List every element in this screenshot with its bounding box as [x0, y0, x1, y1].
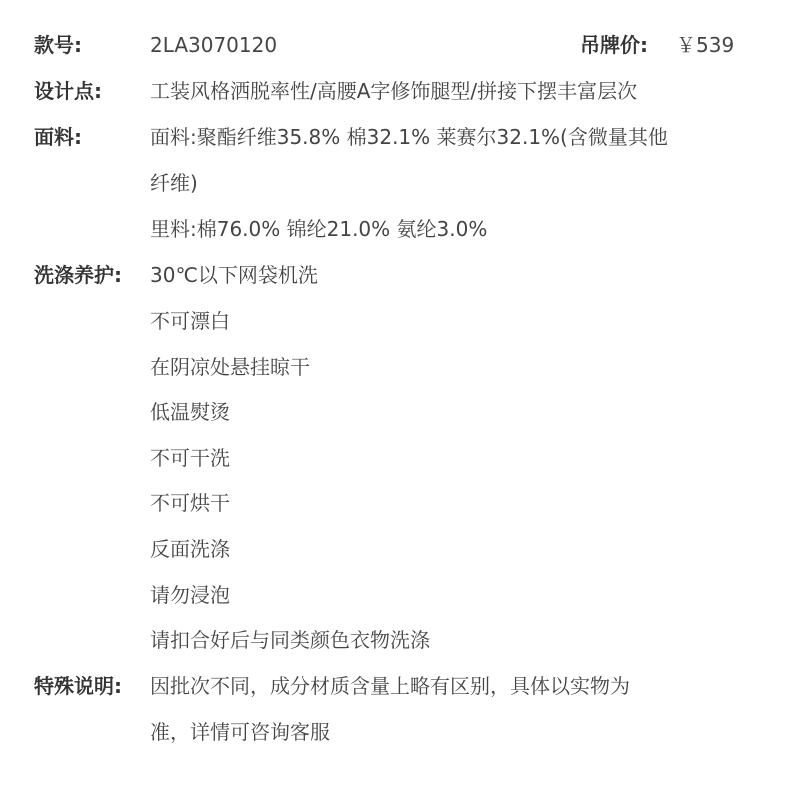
fabric-line: 面料:聚酯纤维35.8% 棉32.1% 莱赛尔32.1%(含微量其他 [150, 114, 668, 160]
care-row: 不可漂白 [0, 298, 790, 344]
fabric-row: 面料: 面料:聚酯纤维35.8% 棉32.1% 莱赛尔32.1%(含微量其他 [0, 114, 790, 160]
design-row: 设计点: 工装风格洒脱率性/高腰A字修饰腿型/拼接下摆丰富层次 [0, 68, 790, 114]
price-label: 吊牌价: [580, 22, 648, 68]
price-value: ￥539 [676, 22, 734, 68]
care-line: 不可漂白 [150, 298, 230, 344]
note-row: 准，详情可咨询客服 [0, 709, 790, 755]
care-row: 反面洗涤 [0, 526, 790, 572]
note-row: 特殊说明: 因批次不同，成分材质含量上略有区别，具体以实物为 [0, 663, 790, 709]
care-line: 低温熨烫 [150, 389, 230, 435]
design-value: 工装风格洒脱率性/高腰A字修饰腿型/拼接下摆丰富层次 [150, 68, 637, 114]
care-row: 不可干洗 [0, 435, 790, 481]
care-row: 洗涤养护: 30℃以下网袋机洗 [0, 252, 790, 298]
care-line: 30℃以下网袋机洗 [150, 252, 318, 298]
design-label: 设计点: [34, 68, 102, 114]
care-line: 请扣合好后与同类颜色衣物洗涤 [150, 617, 430, 663]
care-row: 低温熨烫 [0, 389, 790, 435]
fabric-label: 面料: [34, 114, 82, 160]
care-line: 在阴凉处悬挂晾干 [150, 344, 310, 390]
style-no-row: 款号: 2LA3070120 吊牌价: ￥539 [0, 22, 790, 68]
care-row: 请扣合好后与同类颜色衣物洗涤 [0, 617, 790, 663]
fabric-line: 纤维) [150, 160, 198, 206]
fabric-row-cont: 纤维) [0, 160, 790, 206]
style-no-label: 款号: [34, 22, 82, 68]
care-label: 洗涤养护: [34, 252, 122, 298]
note-label: 特殊说明: [34, 663, 122, 709]
lining-row: 里料:棉76.0% 锦纶21.0% 氨纶3.0% [0, 206, 790, 252]
care-row: 在阴凉处悬挂晾干 [0, 344, 790, 390]
care-row: 不可烘干 [0, 480, 790, 526]
note-line: 准，详情可咨询客服 [150, 709, 330, 755]
care-row: 请勿浸泡 [0, 572, 790, 618]
note-line: 因批次不同，成分材质含量上略有区别，具体以实物为 [150, 663, 630, 709]
care-line: 不可烘干 [150, 480, 230, 526]
care-line: 反面洗涤 [150, 526, 230, 572]
fabric-line: 里料:棉76.0% 锦纶21.0% 氨纶3.0% [150, 206, 487, 252]
care-line: 不可干洗 [150, 435, 230, 481]
style-no-value: 2LA3070120 [150, 22, 277, 68]
care-line: 请勿浸泡 [150, 572, 230, 618]
